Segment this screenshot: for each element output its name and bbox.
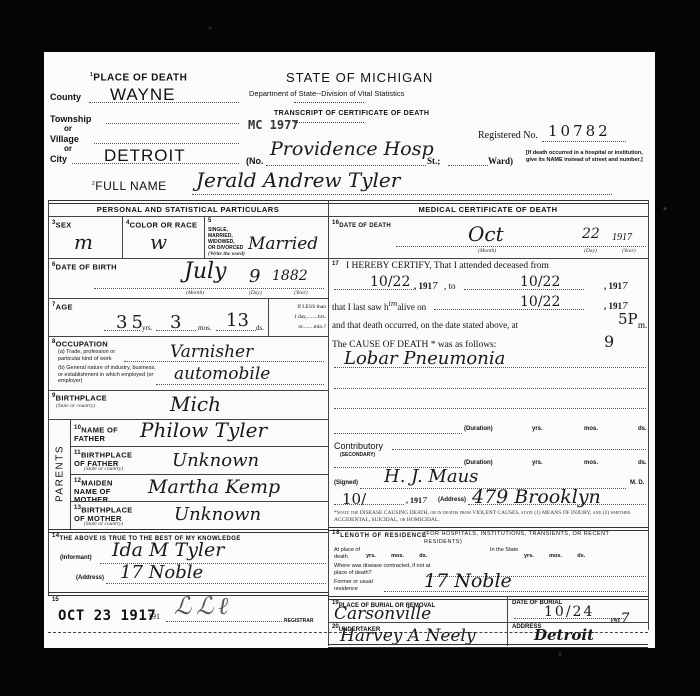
registered-line (542, 141, 626, 142)
ds-label: ds. (638, 460, 647, 466)
cell-divider (507, 596, 508, 646)
registrar-signature: ℒ ℒ ℓ (174, 592, 228, 621)
burial-place-value: Carsonville (334, 604, 431, 624)
yrs-label: yrs. (524, 553, 534, 559)
dob-label-text: DATE OF BIRTH (56, 263, 117, 272)
sex-label-text: SEX (56, 221, 72, 230)
year-caption: (Year) (622, 248, 636, 254)
marital-option: OR DIVORCED (208, 245, 245, 251)
father-birthplace-sub: (State or country) (84, 466, 123, 472)
dob-month: July (184, 259, 226, 284)
yrs-label: yrs. (366, 553, 376, 559)
row-rule (328, 644, 648, 648)
burial-year-digit: 7 (621, 611, 630, 627)
registrar-line (166, 621, 282, 622)
dod-month: Oct (468, 222, 504, 246)
dob-day: 9 (249, 266, 260, 287)
county-label: County (50, 92, 81, 102)
last-saw-date: 10/22 (520, 294, 560, 310)
dod-line (396, 246, 646, 247)
year-caption: (Year) (294, 290, 308, 296)
or-label: or (64, 124, 72, 133)
mos-label: mos. (584, 426, 598, 432)
row-rule (48, 390, 328, 391)
street-no-label: (No. (246, 156, 264, 166)
dod-label: 16DATE OF DEATH (332, 220, 391, 229)
field-number: 20 (332, 624, 339, 630)
death-time: 5P (618, 310, 638, 328)
year-prefix-text: , 191 (604, 281, 622, 291)
dob-line (94, 288, 324, 289)
age-days: 13 (226, 310, 249, 331)
dod-label-text: DATE OF DEATH (339, 223, 391, 229)
alive-on-text: alive on (397, 302, 426, 312)
street-value: Providence Hosp (270, 138, 434, 160)
registered-number: 10782 (548, 122, 611, 140)
year-prefix: , 1917 (604, 281, 628, 292)
row-rule (48, 298, 328, 299)
mother-label: 12MAIDEN NAME OF MOTHER (74, 477, 134, 504)
mother-value: Martha Kemp (148, 476, 280, 498)
ward-label: Ward) (488, 156, 513, 166)
title-rule (294, 122, 364, 123)
birthplace-sub: (State or country) (56, 403, 95, 409)
occupation-b-label: (b) General nature of industry, business… (58, 365, 160, 385)
m-label: m. (638, 320, 647, 330)
ward-line (448, 165, 488, 166)
mother-birthplace-label: 13BIRTHPLACE OF MOTHER (74, 504, 134, 523)
attended-to: 10/22 (520, 274, 560, 290)
cause-footnote: *State the DISEASE CAUSING DEATH, or in … (334, 510, 646, 524)
birthplace-label-text: BIRTHPLACE (56, 394, 107, 403)
former-residence-label: Former or usual residence (334, 579, 384, 592)
duration-label: (Duration) (464, 426, 493, 432)
md-label: M. D. (630, 480, 644, 486)
title-rule (294, 102, 364, 103)
father-label: 10NAME OF FATHER (74, 424, 124, 443)
residence-label: 18LENGTH OF RESIDENCE (332, 530, 427, 539)
birthplace-value: Mich (170, 392, 221, 416)
mother-birthplace-sub: (State or country) (84, 521, 123, 527)
sex-value: m (74, 230, 93, 254)
contributory-line (392, 449, 646, 450)
age-label-text: AGE (56, 303, 73, 312)
father-label-text: NAME OF FATHER (74, 426, 118, 443)
mos-label: mos. (391, 553, 404, 559)
age-label: 7AGE (52, 302, 73, 312)
day-caption: (Day) (249, 290, 262, 296)
cause-line (334, 388, 646, 389)
day-caption: (Day) (584, 248, 597, 254)
father-birthplace-value: Unknown (172, 450, 259, 471)
last-saw-text: that I last saw himalive on (332, 300, 426, 312)
year-prefix-text: 191 (610, 617, 621, 625)
registered-label: Registered No. (478, 130, 538, 141)
informant-address-line (106, 583, 326, 584)
certify-text: I HEREBY CERTIFY, That I attended deceas… (346, 261, 549, 271)
dob-year: 1882 (272, 268, 308, 284)
month-caption: (Month) (478, 248, 496, 254)
full-name-label: 2FULL NAME (92, 179, 167, 193)
row-rule (70, 474, 328, 475)
row-rule (328, 622, 648, 623)
at-place-label: At place of death (334, 547, 366, 560)
year-prefix-text: , 191 (406, 496, 422, 505)
occupation-label-text: OCCUPATION (56, 340, 108, 349)
cause-mark: 9 (604, 332, 614, 351)
parents-label: PARENTS (55, 436, 66, 512)
medical-section-title: MEDICAL CERTIFICATE OF DEATH (328, 205, 648, 214)
attended-from: 10/22 (370, 274, 410, 290)
father-birthplace-text: BIRTHPLACE OF FATHER (74, 451, 132, 468)
occupation-b-line (156, 384, 324, 385)
city-label: City (50, 154, 67, 164)
less-than-line: If LESS than (272, 302, 326, 312)
contracted-label: Where was disease contracted, if not at … (334, 563, 434, 576)
row-rule (70, 446, 328, 447)
county-value: WAYNE (110, 85, 175, 105)
informant-address-value: 17 Noble (120, 562, 203, 583)
ds-label: ds. (638, 426, 647, 432)
physician-address: 479 Brooklyn (472, 486, 601, 508)
row-rule (70, 501, 328, 502)
marital-value: Married (248, 234, 318, 254)
ds-label: ds. (419, 553, 427, 559)
marital-label: 5 SINGLE, MARRIED, WIDOWED, OR DIVORCED … (208, 218, 245, 257)
age-months: 3 (170, 312, 181, 333)
residence-label-text: LENGTH OF RESIDENCE (340, 533, 427, 539)
row-rule (328, 216, 648, 217)
marital-instruction: (Write the word) (208, 251, 245, 257)
field-number: 15 (52, 597, 59, 603)
row-rule (48, 216, 328, 217)
residence-note: (FOR HOSPITALS, INSTITUTIONS, TRANSIENTS… (424, 530, 648, 546)
last-saw-prefix: that I last saw h (332, 302, 389, 312)
dob-label: 6DATE OF BIRTH (52, 262, 117, 272)
department-subtitle: Department of State--Division of Vital S… (249, 89, 404, 98)
mos-label: mos. (198, 324, 211, 332)
village-line (94, 143, 239, 144)
race-label: 4COLOR OR RACE (126, 220, 197, 230)
frame-right (648, 200, 649, 630)
signed-year-digit: 7 (422, 496, 427, 505)
former-residence-value: 17 Noble (424, 570, 512, 592)
or-label: or (64, 144, 72, 153)
race-label-text: COLOR OR RACE (130, 221, 198, 230)
in-state-label: In the State (490, 547, 520, 554)
signed-year: , 1917 (406, 496, 427, 505)
birthplace-label: 9BIRTHPLACE (52, 393, 107, 403)
st-label: St.; (427, 156, 440, 166)
place-of-death-label: PLACE OF DEATH (93, 72, 187, 83)
filed-stamp: OCT 23 1917 (58, 608, 156, 624)
undertaker-address-value: Detroit (534, 626, 594, 644)
attended-to-year: 7 (622, 282, 628, 292)
father-birthplace-label: 11BIRTHPLACE OF FATHER (74, 449, 134, 468)
cell-divider (268, 298, 269, 336)
father-value: Philow Tyler (140, 418, 267, 442)
burial-date-value: 10/24 (544, 604, 594, 620)
cell-divider (122, 216, 123, 258)
signed-label: (Signed) (334, 480, 358, 486)
state-title: STATE OF MICHIGAN (286, 70, 433, 85)
township-line (106, 123, 239, 124)
field-number: 17 (332, 261, 339, 267)
last-saw-line (434, 309, 584, 310)
field-number: 5 (208, 218, 211, 224)
full-name-line (192, 194, 612, 195)
cause-value: Lobar Pneumonia (344, 348, 505, 369)
section-divider (48, 200, 648, 204)
secondary-label: (SECONDARY) (340, 452, 375, 458)
in-state-units: yrs. mos. ds. (524, 553, 585, 559)
occupation-b-value: automobile (174, 364, 270, 384)
ds-label: ds. (577, 553, 585, 559)
dod-year: 1917 (612, 232, 632, 243)
informant-value: Ida M Tyler (112, 539, 224, 561)
burial-year: 1917 (610, 611, 629, 627)
at-place-units: yrs. mos. ds. (366, 553, 427, 559)
mos-label: mos. (549, 553, 562, 559)
index-stamp: MC 1977 (248, 118, 299, 132)
cell-divider (204, 216, 205, 258)
place-of-death-heading: 1PLACE OF DEATH (90, 72, 187, 83)
mother-birthplace-text: BIRTHPLACE OF MOTHER (74, 506, 133, 523)
sex-label: 3SEX (52, 220, 72, 230)
yrs-label: yrs. (532, 426, 543, 432)
less-than-day: If LESS than 1 day,........hrs. or......… (272, 302, 326, 332)
cause-line (334, 408, 646, 409)
row-rule (48, 336, 328, 337)
transcript-title: TRANSCRIPT OF CERTIFICATE OF DEATH (274, 110, 429, 117)
less-than-line: or........min.? (272, 322, 326, 332)
mother-birthplace-value: Unknown (174, 504, 261, 525)
personal-section-title: PERSONAL AND STATISTICAL PARTICULARS (48, 205, 328, 214)
dod-day: 22 (582, 226, 600, 242)
township-label: Township (50, 114, 91, 124)
undertaker-value: Harvey A Neely (340, 626, 475, 646)
informant-label: (Informant) (60, 555, 92, 561)
row-rule (328, 258, 648, 259)
to-label: , to (444, 281, 456, 291)
death-certificate: 1PLACE OF DEATH County WAYNE Township or… (44, 52, 655, 648)
month-caption: (Month) (186, 290, 204, 296)
field-number: 11 (74, 450, 81, 456)
year-prefix-text: , 191 (414, 281, 432, 291)
physician-signature: H. J. Maus (384, 466, 478, 487)
mos-label: mos. (584, 460, 598, 466)
death-occurred-text: and that death occurred, on the date sta… (332, 320, 518, 330)
yrs-label: yrs. (532, 460, 543, 466)
hospital-note: [If death occurred in a hospital or inst… (526, 150, 648, 163)
physician-address-label: (Address) (438, 497, 466, 503)
frame-left (48, 200, 49, 596)
contributory-label: Contributory (334, 441, 383, 451)
column-divider (328, 200, 329, 646)
full-name-text: FULL NAME (95, 179, 166, 193)
full-name-value: Jerald Andrew Tyler (196, 168, 400, 192)
ds-label: ds. (256, 324, 264, 332)
signed-date: 10/ (342, 490, 366, 508)
village-label: Village (50, 134, 79, 144)
occupation-label: 8OCCUPATION (52, 339, 108, 349)
year-prefix: , 1917 (414, 281, 438, 292)
duration-line (334, 433, 462, 434)
attended-from-year: 7 (432, 282, 438, 292)
city-value: DETROIT (104, 146, 186, 166)
occupation-a-value: Varnisher (170, 342, 253, 362)
filed-year-prefix: 191 (148, 612, 160, 621)
less-than-line: 1 day,........hrs. (272, 312, 326, 322)
informant-address-label: (Address) (76, 575, 104, 581)
street-line (266, 165, 426, 166)
race-value: w (150, 230, 167, 254)
registrar-label: REGISTRAR (284, 618, 313, 624)
yrs-label: yrs. (142, 324, 152, 332)
